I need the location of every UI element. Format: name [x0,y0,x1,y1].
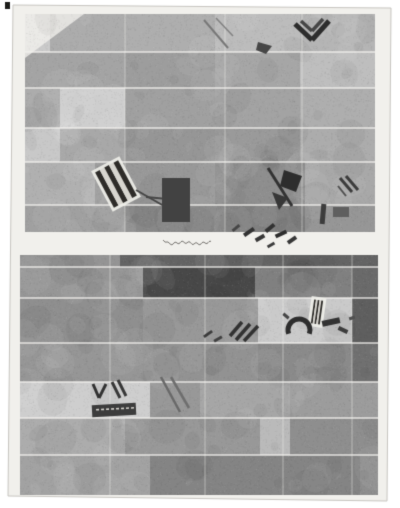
artwork-photo [0,0,400,508]
artwork-canvas [0,0,400,508]
